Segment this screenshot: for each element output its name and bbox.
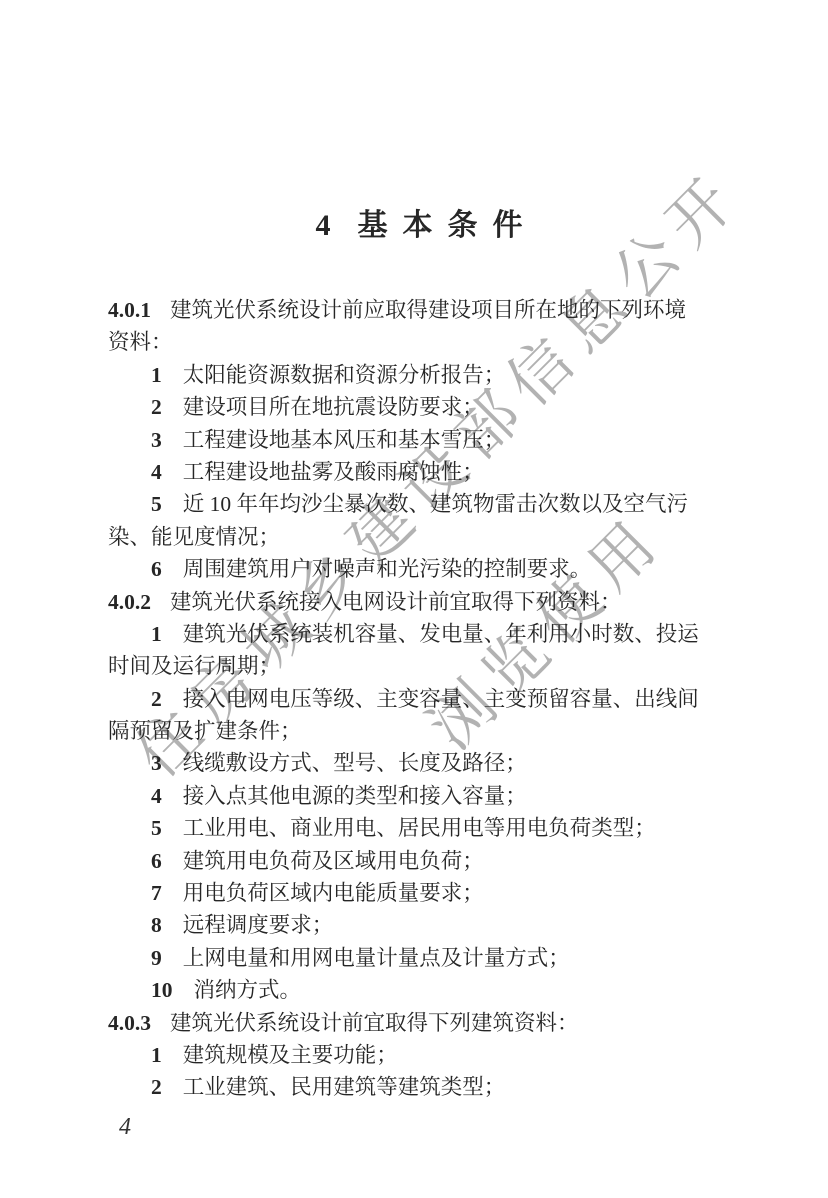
list-item: 1太阳能资源数据和资源分析报告； <box>108 359 748 391</box>
item-text: 染、能见度情况； <box>108 525 280 549</box>
clause-number: 4.0.2 <box>108 586 151 618</box>
item-number: 1 <box>151 618 162 650</box>
item-text: 远程调度要求； <box>183 913 334 937</box>
list-item: 2接入电网电压等级、主变容量、主变预留容量、出线间 <box>108 683 748 715</box>
page-number: 4 <box>119 1114 131 1141</box>
chapter-number: 4 <box>316 209 331 242</box>
item-number: 2 <box>151 683 162 715</box>
list-item: 3工程建设地基本风压和基本雪压； <box>108 424 748 456</box>
clause-text: 建筑光伏系统接入电网设计前宜取得下列资料： <box>170 590 622 614</box>
item-text: 工业建筑、民用建筑等建筑类型； <box>183 1075 506 1099</box>
list-item: 5工业用电、商业用电、居民用电等用电负荷类型； <box>108 812 748 844</box>
item-text: 隔预留及扩建条件； <box>108 719 302 743</box>
body-text: 4.0.1建筑光伏系统设计前应取得建设项目所在地的下列环境 资料： 1太阳能资源… <box>108 294 748 1104</box>
item-number: 1 <box>151 1039 162 1071</box>
item-number: 6 <box>151 845 162 877</box>
clause-text: 建筑光伏系统设计前应取得建设项目所在地的下列环境 <box>170 298 686 322</box>
item-text: 工程建设地盐雾及酸雨腐蚀性； <box>183 460 484 484</box>
item-number: 2 <box>151 1071 162 1103</box>
list-item: 5近 10 年年均沙尘暴次数、建筑物雷击次数以及空气污 <box>108 488 748 520</box>
item-number: 3 <box>151 747 162 779</box>
item-text: 接入点其他电源的类型和接入容量； <box>183 784 527 808</box>
item-text: 消纳方式。 <box>194 978 302 1002</box>
list-item: 3线缆敷设方式、型号、长度及路径； <box>108 747 748 779</box>
list-item: 2建设项目所在地抗震设防要求； <box>108 391 748 423</box>
clause-4-0-1: 4.0.1建筑光伏系统设计前应取得建设项目所在地的下列环境 <box>108 294 748 326</box>
document-page: 住房城乡建设部信息公开 浏览使用 4基本条件 4.0.1建筑光伏系统设计前应取得… <box>0 0 828 1198</box>
item-text: 时间及运行周期； <box>108 654 280 678</box>
chapter-title-text: 基本条件 <box>358 209 538 242</box>
list-item: 4接入点其他电源的类型和接入容量； <box>108 780 748 812</box>
item-number: 6 <box>151 553 162 585</box>
list-item: 6周围建筑用户对噪声和光污染的控制要求。 <box>108 553 748 585</box>
item-number: 2 <box>151 391 162 423</box>
list-item: 6建筑用电负荷及区域用电负荷； <box>108 845 748 877</box>
item-number: 5 <box>151 488 162 520</box>
item-number: 4 <box>151 456 162 488</box>
item-text: 接入电网电压等级、主变容量、主变预留容量、出线间 <box>183 687 699 711</box>
chapter-title: 4基本条件 <box>0 200 828 244</box>
item-number: 5 <box>151 812 162 844</box>
item-text: 周围建筑用户对噪声和光污染的控制要求。 <box>183 557 592 581</box>
item-text: 建设项目所在地抗震设防要求； <box>183 395 484 419</box>
item-text: 建筑规模及主要功能； <box>183 1043 398 1067</box>
clause-text: 建筑光伏系统设计前宜取得下列建筑资料： <box>170 1011 579 1035</box>
list-item-wrap: 隔预留及扩建条件； <box>108 715 748 747</box>
item-text: 上网电量和用网电量计量点及计量方式； <box>183 946 570 970</box>
clause-number: 4.0.3 <box>108 1007 151 1039</box>
list-item: 7用电负荷区域内电能质量要求； <box>108 877 748 909</box>
list-item: 2工业建筑、民用建筑等建筑类型； <box>108 1071 748 1103</box>
list-item: 4工程建设地盐雾及酸雨腐蚀性； <box>108 456 748 488</box>
list-item: 9上网电量和用网电量计量点及计量方式； <box>108 942 748 974</box>
item-text: 线缆敷设方式、型号、长度及路径； <box>183 751 527 775</box>
item-text: 工程建设地基本风压和基本雪压； <box>183 428 506 452</box>
clause-4-0-3: 4.0.3建筑光伏系统设计前宜取得下列建筑资料： <box>108 1007 748 1039</box>
item-text: 工业用电、商业用电、居民用电等用电负荷类型； <box>183 816 656 840</box>
list-item: 10消纳方式。 <box>108 974 748 1006</box>
clause-4-0-2: 4.0.2建筑光伏系统接入电网设计前宜取得下列资料： <box>108 586 748 618</box>
item-text: 建筑光伏系统装机容量、发电量、年利用小时数、投运 <box>183 622 699 646</box>
list-item-wrap: 染、能见度情况； <box>108 521 748 553</box>
list-item: 1建筑光伏系统装机容量、发电量、年利用小时数、投运 <box>108 618 748 650</box>
clause-text: 资料： <box>108 330 173 354</box>
item-number: 10 <box>151 974 173 1006</box>
item-number: 3 <box>151 424 162 456</box>
list-item-wrap: 时间及运行周期； <box>108 650 748 682</box>
item-text: 太阳能资源数据和资源分析报告； <box>183 363 506 387</box>
item-number: 8 <box>151 909 162 941</box>
list-item: 8远程调度要求； <box>108 909 748 941</box>
item-text: 用电负荷区域内电能质量要求； <box>183 881 484 905</box>
clause-4-0-1-wrap: 资料： <box>108 326 748 358</box>
item-number: 1 <box>151 359 162 391</box>
clause-number: 4.0.1 <box>108 294 151 326</box>
item-number: 4 <box>151 780 162 812</box>
item-number: 9 <box>151 942 162 974</box>
item-text: 近 10 年年均沙尘暴次数、建筑物雷击次数以及空气污 <box>183 492 688 516</box>
item-text: 建筑用电负荷及区域用电负荷； <box>183 849 484 873</box>
item-number: 7 <box>151 877 162 909</box>
list-item: 1建筑规模及主要功能； <box>108 1039 748 1071</box>
